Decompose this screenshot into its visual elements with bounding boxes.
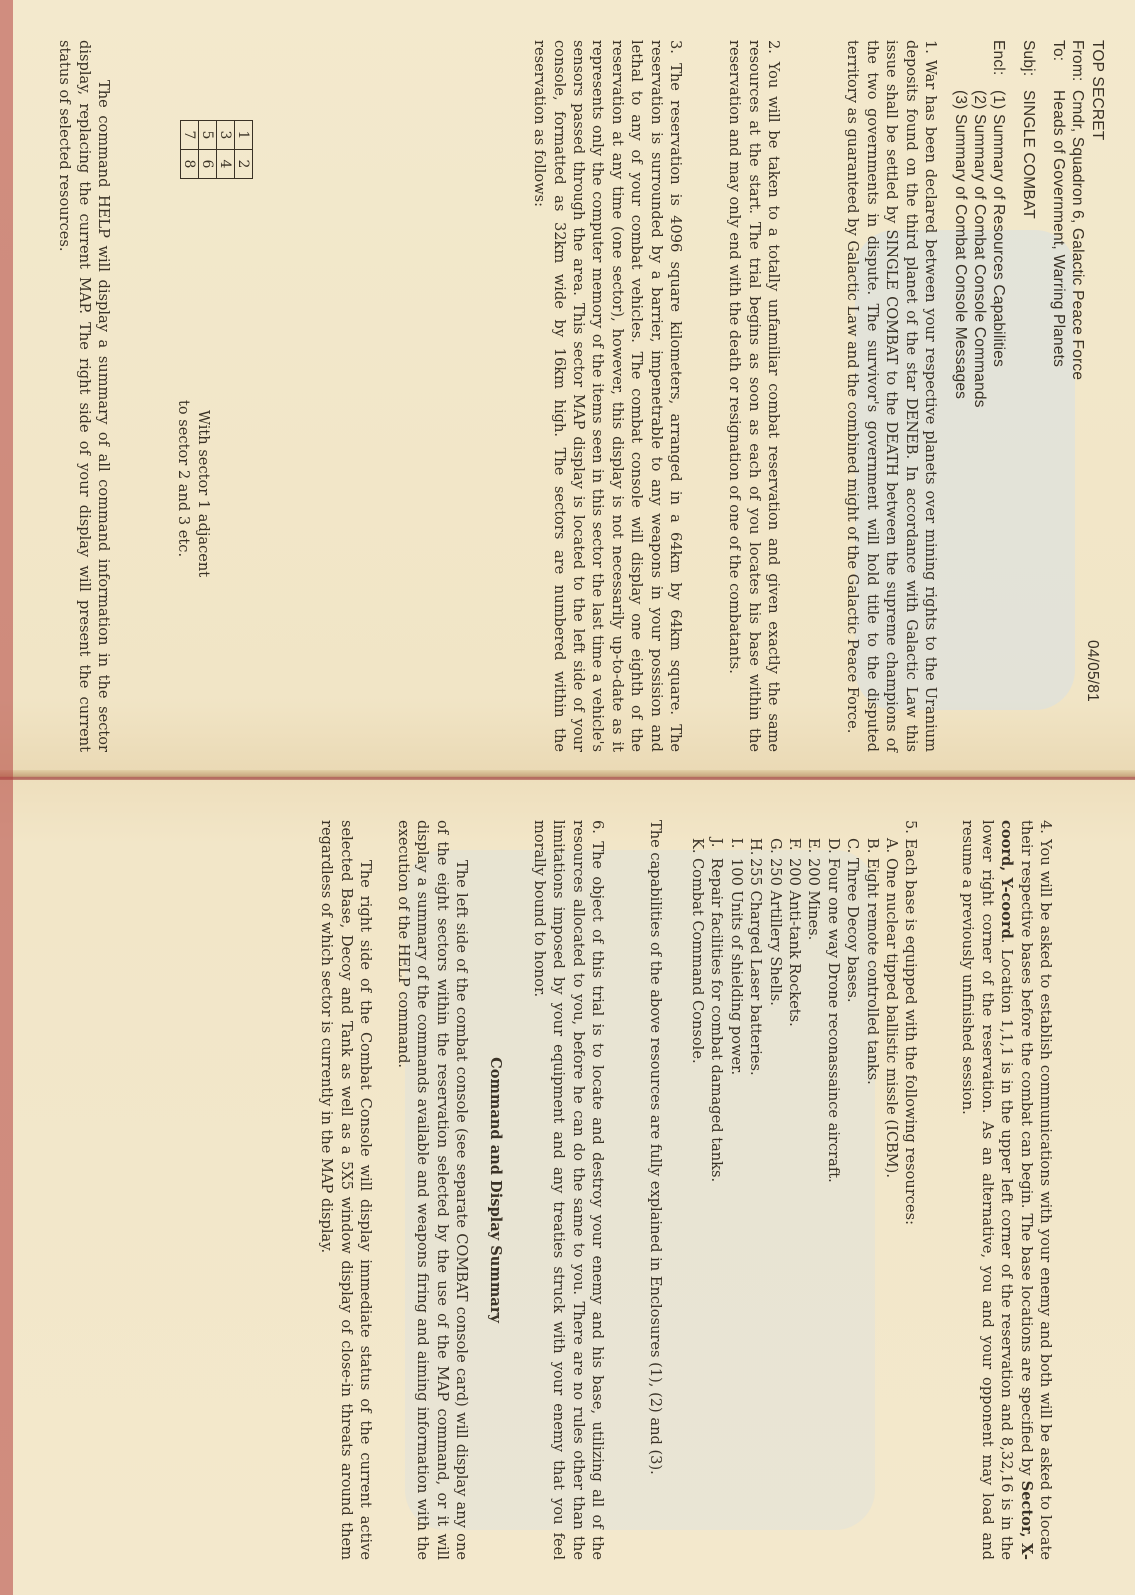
resource-item: E.200 Mines. [804,838,823,1558]
resource-text: 200 Mines. [804,858,823,940]
resource-letter: E. [804,838,823,858]
resource-item: F.200 Anti-tank Rockets. [785,838,804,1558]
sector-cell: 4 [217,150,235,179]
classification: TOP SECRET [1088,40,1107,140]
booklet-edge [0,0,13,1595]
resource-text: Three Decoy bases. [843,858,862,1003]
paragraph-1: 1. War has been declared between your re… [843,40,940,752]
subj-label: Subj: [1019,40,1038,90]
sector-cell: 6 [199,150,217,179]
to-label: To: [1049,40,1068,90]
page-left: TOP SECRET 04/05/81 From: Cmdr, Squadron… [0,0,1135,775]
resource-text: 255 Charged Laser batteries. [746,858,765,1076]
sector-cell: 1 [235,121,253,150]
sector-cell: 7 [181,121,199,150]
resource-item: B.Eight remote controlled tanks. [862,838,881,1558]
sector-cell: 3 [217,121,235,150]
resource-item: A.One nuclear tipped ballistic missle (I… [882,838,901,1558]
resource-text: 200 Anti-tank Rockets. [785,858,804,1027]
subj-value: SINGLE COMBAT [1019,90,1038,219]
resource-item: C.Three Decoy bases. [843,838,862,1558]
enclosure-item: (1) Summary of Resources Capabilities [989,90,1008,408]
sector-grid: 12 34 56 78 [180,120,253,179]
resource-letter: K. [688,838,707,858]
resource-list: A.One nuclear tipped ballistic missle (I… [688,838,901,1558]
grid-note-1: With sector 1 adjacent [194,410,213,577]
section-heading: Command and Display Summary [486,820,505,1560]
sector-cell: 8 [181,150,199,179]
rotated-booklet-spread: TOP SECRET 04/05/81 From: Cmdr, Squadron… [0,0,1135,1595]
resource-letter: I. [726,838,745,858]
resource-item: H.255 Charged Laser batteries. [746,838,765,1558]
paragraph-help: The command HELP will display a summary … [55,40,113,752]
resource-letter: J. [707,838,726,858]
resource-letter: G. [765,838,784,858]
resource-text: One nuclear tipped ballistic missle (ICB… [882,858,901,1178]
paragraph-3: 3. The reservation is 4096 square kilome… [530,40,685,752]
resource-text: Combat Command Console. [688,858,707,1064]
resource-item: K.Combat Command Console. [688,838,707,1558]
resource-letter: B. [862,838,881,858]
memo-from: From: Cmdr, Squadron 6, Galactic Peace F… [1068,40,1087,640]
resource-letter: C. [843,838,862,858]
paragraph-4: 4. You will be asked to establish commun… [958,820,1055,1560]
encl-label: Encl: [951,40,1008,90]
resource-text: Four one way Drone reconassaince aircraf… [823,858,842,1183]
resource-item: I.100 Units of shielding power. [726,838,745,1558]
resource-text: 100 Units of shielding power. [726,858,745,1075]
resource-letter: H. [746,838,765,858]
paragraph-5-intro: 5. Each base is equipped with the follow… [901,820,920,1560]
page-right: 4. You will be asked to establish commun… [0,780,1135,1595]
summary-paragraph-1: The left side of the combat console (see… [393,820,471,1560]
memo-enclosures: Encl: (1) Summary of Resources Capabilit… [951,40,1008,640]
from-label: From: [1068,40,1087,90]
grid-note-2: to sector 2 and 3 etc. [174,400,193,557]
sector-cell: 5 [199,121,217,150]
sector-cell: 2 [235,150,253,179]
enclosure-item: (2) Summary of Combat Console Commands [970,90,989,408]
resource-text: Eight remote controlled tanks. [862,858,881,1085]
paragraph-4-text-a: 4. You will be asked to establish commun… [1018,820,1054,1560]
summary-paragraph-2: The right side of the Combat Console wil… [317,820,375,1560]
capabilities-paragraph: The capabilities of the above resources … [646,820,665,1560]
to-value: Heads of Government, Warring Planets [1049,90,1068,367]
resource-item: G.250 Artillery Shells. [765,838,784,1558]
resource-letter: A. [882,838,901,858]
paragraph-2: 2. You will be taken to a totally unfami… [725,40,783,752]
paragraph-6: 6. The object of this trial is to locate… [529,820,607,1560]
resource-letter: F. [785,838,804,858]
memo-date: 04/05/81 [1083,640,1102,702]
resource-item: J.Repair facilities for combat damaged t… [707,838,726,1558]
memo-subject: Subj: SINGLE COMBAT [1019,40,1038,640]
resource-letter: D. [823,838,842,858]
from-value: Cmdr, Squadron 6, Galactic Peace Force [1068,90,1087,380]
enclosure-item: (3) Summary of Combat Console Messages [951,90,970,408]
resource-text: 250 Artillery Shells. [765,858,784,1006]
resource-item: D.Four one way Drone reconassaince aircr… [823,838,842,1558]
resource-text: Repair facilities for combat damaged tan… [707,858,726,1182]
memo-to: To: Heads of Government, Warring Planets [1049,40,1068,640]
